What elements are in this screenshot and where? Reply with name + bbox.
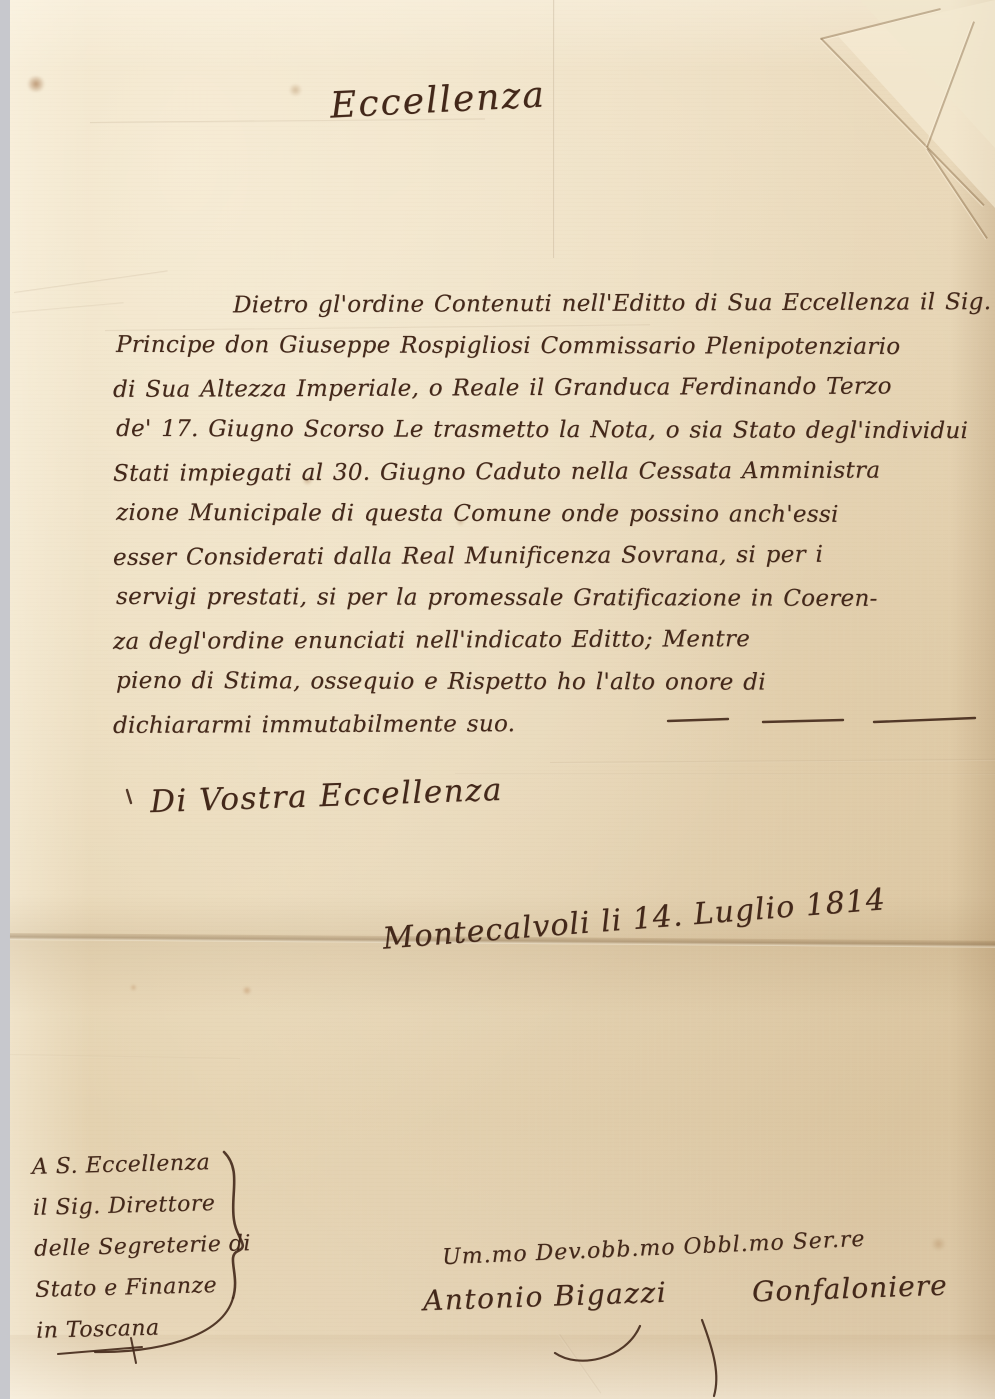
scanned-letter: Eccellenza Dietro gl'ordine Contenuti ne… xyxy=(0,0,995,1399)
paper-sheet: Eccellenza Dietro gl'ordine Contenuti ne… xyxy=(10,0,995,1399)
recipient-address: A S. Eccellenza il Sig. Direttore delle … xyxy=(31,1141,253,1352)
place-and-date: Montecalvoli li 14. Luglio 1814 xyxy=(381,882,887,956)
body-line: servigi prestati, si per la promessale G… xyxy=(116,576,973,620)
body-line: esser Considerati dalla Real Munificenza… xyxy=(113,533,973,579)
paper-stain xyxy=(288,84,303,96)
address-line: il Sig. Direttore xyxy=(32,1182,250,1229)
signature-formula: Um.mo Dev.obb.mo Obbl.mo Ser.re xyxy=(442,1227,866,1270)
crease-line xyxy=(455,773,995,775)
address-line: A S. Eccellenza xyxy=(31,1141,249,1188)
ink-stain xyxy=(26,76,46,92)
signature-title: Gonfaloniere xyxy=(751,1269,948,1309)
paper-stain xyxy=(130,984,137,991)
paper-stain xyxy=(242,986,252,995)
body-line: Stati impiegati al 30. Giugno Caduto nel… xyxy=(113,449,973,495)
letter-header-eccellenza: Eccellenza xyxy=(329,74,547,126)
crease-line-vertical xyxy=(553,0,555,258)
crease-line xyxy=(10,1054,240,1060)
body-line: za degl'ordine enunciati nell'indicato E… xyxy=(113,617,973,663)
address-line: delle Segreterie di xyxy=(34,1223,252,1270)
crease-line xyxy=(550,759,995,764)
paper-stain xyxy=(930,1238,947,1250)
fold-edge xyxy=(820,8,941,40)
fold-edge xyxy=(926,148,988,239)
crease-line xyxy=(12,302,124,314)
body-line: di Sua Altezza Imperiale, o Reale il Gra… xyxy=(113,365,973,411)
body-line: de' 17. Giugno Scorso Le trasmetto la No… xyxy=(116,408,973,452)
valediction: Di Vostra Eccellenza xyxy=(149,772,503,820)
body-line: pieno di Stima, ossequio e Rispetto ho l… xyxy=(116,660,973,704)
address-line: Stato e Finanze xyxy=(35,1264,253,1311)
fold-edge xyxy=(926,21,975,147)
address-line: in Toscana xyxy=(36,1305,254,1352)
letter-body: Dietro gl'ordine Contenuti nell'Editto d… xyxy=(113,283,973,745)
crease-line xyxy=(558,1334,601,1394)
body-line: Dietro gl'ordine Contenuti nell'Editto d… xyxy=(113,281,973,327)
signature-name: Antonio Bigazzi xyxy=(422,1276,667,1318)
ink-flourish xyxy=(702,1320,716,1396)
ink-mark xyxy=(127,790,131,803)
ink-flourish xyxy=(555,1326,640,1361)
fold-edge xyxy=(821,38,985,206)
body-line: zione Municipale di questa Comune onde p… xyxy=(116,492,973,536)
shading-top xyxy=(10,0,995,70)
body-line: Principe don Giuseppe Rospigliosi Commis… xyxy=(116,324,973,368)
body-line: dichiararmi immutabilmente suo. xyxy=(113,701,973,747)
